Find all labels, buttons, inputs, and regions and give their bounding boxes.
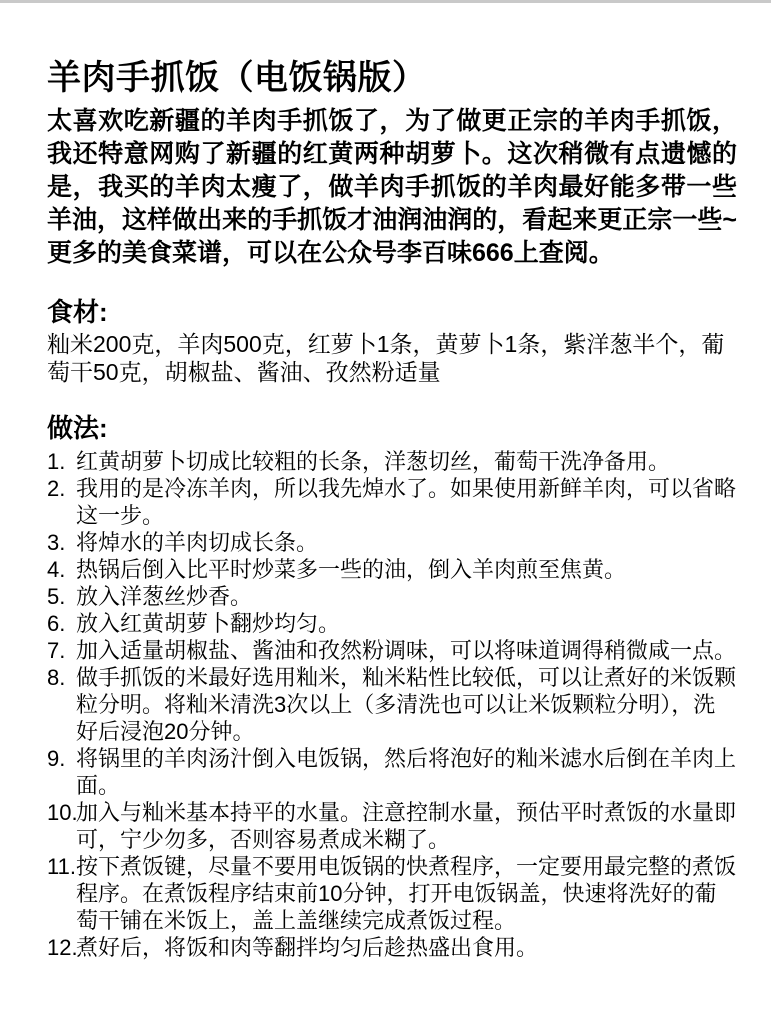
step-item: 10. 加入与籼米基本持平的水量。注意控制水量，预估平时煮饭的水量即可，宁少勿多…: [47, 799, 737, 853]
step-text: 放入红黄胡萝卜翻炒均匀。: [76, 611, 340, 636]
step-item: 12. 煮好后，将饭和肉等翻拌均匀后趁热盛出食用。: [47, 934, 737, 961]
step-item: 1. 红黄胡萝卜切成比较粗的长条，洋葱切丝，葡萄干洗净备用。: [47, 448, 737, 475]
step-number: 11.: [47, 853, 76, 880]
step-item: 11. 按下煮饭键，尽量不要用电饭锅的快煮程序，一定要用最完整的煮饭程序。在煮饭…: [47, 853, 737, 934]
step-text: 做手抓饭的米最好选用籼米，籼米粘性比较低，可以让煮好的米饭颗粒分明。将籼米清洗3…: [76, 665, 736, 744]
step-number: 1.: [47, 448, 65, 475]
ingredients-text: 籼米200克，羊肉500克，红萝卜1条，黄萝卜1条，紫洋葱半个，葡萄干50克，胡…: [47, 330, 737, 386]
step-text: 热锅后倒入比平时炒菜多一些的油，倒入羊肉煎至焦黄。: [76, 557, 626, 582]
step-number: 7.: [47, 637, 65, 664]
ingredients-heading: 食材:: [47, 296, 737, 328]
recipe-document: 羊肉手抓饭（电饭锅版） 太喜欢吃新疆的羊肉手抓饭了，为了做更正宗的羊肉手抓饭，我…: [0, 3, 771, 961]
step-text: 加入与籼米基本持平的水量。注意控制水量，预估平时煮饭的水量即可，宁少勿多，否则容…: [76, 800, 736, 852]
step-number: 4.: [47, 556, 65, 583]
step-number: 8.: [47, 664, 65, 691]
step-item: 6. 放入红黄胡萝卜翻炒均匀。: [47, 610, 737, 637]
step-text: 加入适量胡椒盐、酱油和孜然粉调味，可以将味道调得稍微咸一点。: [76, 638, 736, 663]
step-number: 9.: [47, 745, 65, 772]
method-heading: 做法:: [47, 412, 737, 444]
step-number: 6.: [47, 610, 65, 637]
step-text: 煮好后，将饭和肉等翻拌均匀后趁热盛出食用。: [76, 935, 538, 960]
step-item: 5. 放入洋葱丝炒香。: [47, 583, 737, 610]
step-item: 7. 加入适量胡椒盐、酱油和孜然粉调味，可以将味道调得稍微咸一点。: [47, 637, 737, 664]
step-number: 12.: [47, 934, 78, 961]
step-item: 8. 做手抓饭的米最好选用籼米，籼米粘性比较低，可以让煮好的米饭颗粒分明。将籼米…: [47, 664, 737, 745]
step-item: 4. 热锅后倒入比平时炒菜多一些的油，倒入羊肉煎至焦黄。: [47, 556, 737, 583]
step-number: 2.: [47, 475, 65, 502]
step-item: 2. 我用的是冷冻羊肉，所以我先焯水了。如果使用新鲜羊肉，可以省略这一步。: [47, 475, 737, 529]
intro-paragraph: 太喜欢吃新疆的羊肉手抓饭了，为了做更正宗的羊肉手抓饭，我还特意网购了新疆的红黄两…: [47, 105, 737, 270]
step-number: 3.: [47, 529, 65, 556]
step-item: 3. 将焯水的羊肉切成长条。: [47, 529, 737, 556]
step-item: 9. 将锅里的羊肉汤汁倒入电饭锅，然后将泡好的籼米滤水后倒在羊肉上面。: [47, 745, 737, 799]
recipe-title: 羊肉手抓饭（电饭锅版）: [47, 56, 737, 100]
step-text: 放入洋葱丝炒香。: [76, 584, 252, 609]
step-number: 10.: [47, 799, 78, 826]
step-text: 将锅里的羊肉汤汁倒入电饭锅，然后将泡好的籼米滤水后倒在羊肉上面。: [76, 746, 736, 798]
step-text: 我用的是冷冻羊肉，所以我先焯水了。如果使用新鲜羊肉，可以省略这一步。: [76, 476, 736, 528]
step-text: 按下煮饭键，尽量不要用电饭锅的快煮程序，一定要用最完整的煮饭程序。在煮饭程序结束…: [76, 854, 736, 933]
step-number: 5.: [47, 583, 65, 610]
step-text: 将焯水的羊肉切成长条。: [76, 530, 318, 555]
method-steps-list: 1. 红黄胡萝卜切成比较粗的长条，洋葱切丝，葡萄干洗净备用。 2. 我用的是冷冻…: [47, 448, 737, 961]
step-text: 红黄胡萝卜切成比较粗的长条，洋葱切丝，葡萄干洗净备用。: [76, 449, 670, 474]
